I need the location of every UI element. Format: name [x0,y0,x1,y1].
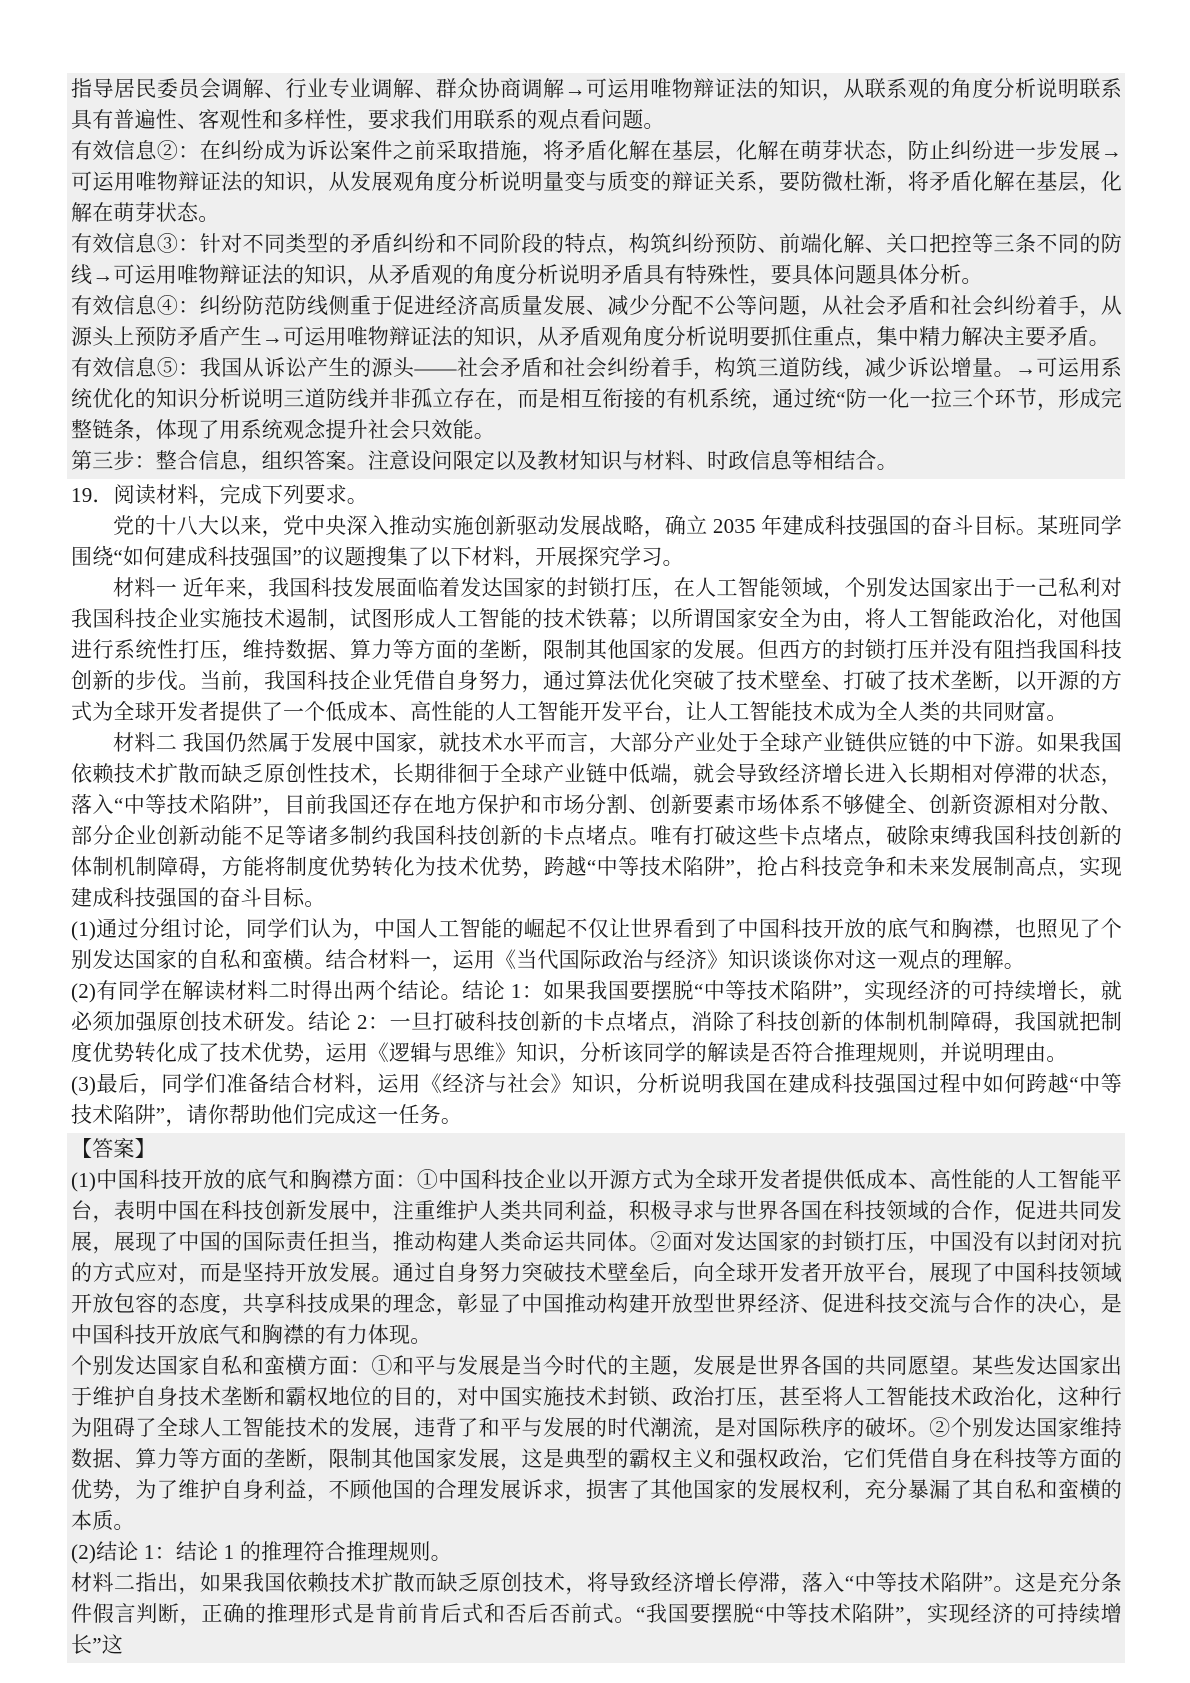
answer-paragraph-1: (1)中国科技开放的底气和胸襟方面：①中国科技企业以开源方式为全球开发者提供低成… [71,1165,1122,1351]
question-19-section: 19．阅读材料，完成下列要求。 党的十八大以来，党中央深入推动实施创新驱动发展战… [67,479,1125,1133]
document-content: 指导居民委员会调解、行业专业调解、群众协商调解→可运用唯物辩证法的知识，从联系观… [67,73,1125,1663]
document-page: 指导居民委员会调解、行业专业调解、群众协商调解→可运用唯物辩证法的知识，从联系观… [0,0,1190,1683]
answer-paragraph-4: 材料二指出，如果我国依赖技术扩散而缺乏原创技术，将导致经济增长停滞，落入“中等技… [71,1568,1122,1661]
answer-paragraph-2: 个别发达国家自私和蛮横方面：①和平与发展是当今时代的主题，发展是世界各国的共同愿… [71,1351,1122,1537]
sub-question-1: (1)通过分组讨论，同学们认为，中国人工智能的崛起不仅让世界看到了中国科技开放的… [71,914,1122,976]
question-intro-paragraph: 党的十八大以来，党中央深入推动实施创新驱动发展战略，确立 2035 年建成科技强… [71,511,1122,573]
analysis-paragraph-5: 有效信息⑤：我国从诉讼产生的源头——社会矛盾和社会纠纷着手，构筑三道防线，减少诉… [71,353,1122,446]
sub-question-3: (3)最后，同学们准备结合材料，运用《经济与社会》知识，分析说明我国在建成科技强… [71,1069,1122,1131]
analysis-step3-paragraph: 第三步：整合信息，组织答案。注意设问限定以及教材知识与材料、时政信息等相结合。 [71,446,1122,477]
analysis-paragraph-1: 指导居民委员会调解、行业专业调解、群众协商调解→可运用唯物辩证法的知识，从联系观… [71,74,1122,136]
analysis-paragraph-4: 有效信息④：纠纷防范防线侧重于促进经济高质量发展、减少分配不公等问题，从社会矛盾… [71,291,1122,353]
analysis-paragraph-3: 有效信息③：针对不同类型的矛盾纠纷和不同阶段的特点，构筑纠纷预防、前端化解、关口… [71,229,1122,291]
material-2-paragraph: 材料二 我国仍然属于发展中国家，就技术水平而言，大部分产业处于全球产业链供应链的… [71,728,1122,914]
answer-label: 【答案】 [71,1134,1122,1165]
material-1-paragraph: 材料一 近年来，我国科技发展面临着发达国家的封锁打压，在人工智能领域，个别发达国… [71,573,1122,728]
method-analysis-section: 指导居民委员会调解、行业专业调解、群众协商调解→可运用唯物辩证法的知识，从联系观… [67,73,1125,479]
sub-question-2: (2)有同学在解读材料二时得出两个结论。结论 1：如果我国要摆脱“中等技术陷阱”… [71,976,1122,1069]
answer-section: 【答案】 (1)中国科技开放的底气和胸襟方面：①中国科技企业以开源方式为全球开发… [67,1133,1125,1663]
answer-paragraph-3: (2)结论 1：结论 1 的推理符合推理规则。 [71,1537,1122,1568]
question-19-heading: 19．阅读材料，完成下列要求。 [71,480,1122,511]
analysis-paragraph-2: 有效信息②：在纠纷成为诉讼案件之前采取措施，将矛盾化解在基层，化解在萌芽状态，防… [71,136,1122,229]
